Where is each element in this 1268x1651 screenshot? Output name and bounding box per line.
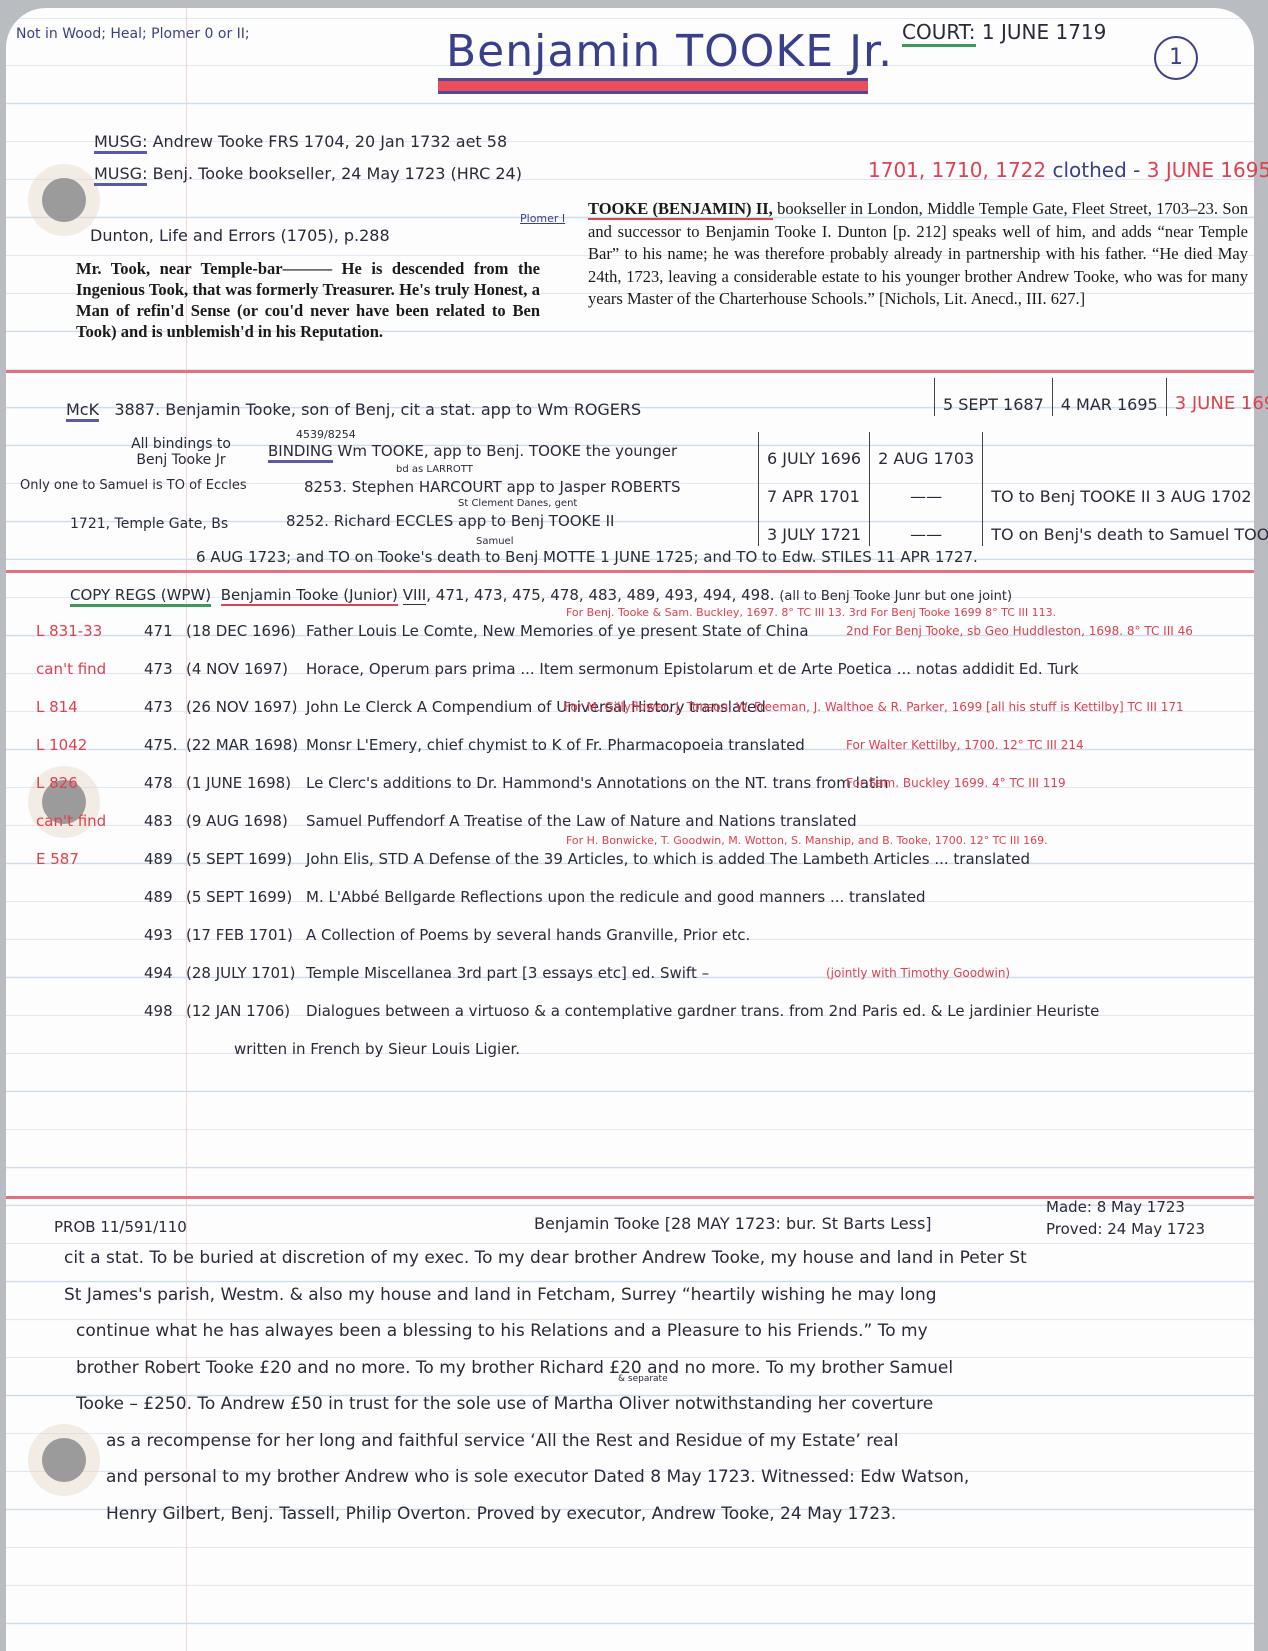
binder-hole bbox=[42, 1438, 86, 1482]
entry-text: Samuel Puffendorf A Treatise of the Law … bbox=[306, 812, 857, 830]
mck-side-note: Only one to Samuel is TO of Eccles bbox=[20, 478, 247, 493]
binding-ref: 4539/8254 bbox=[296, 428, 356, 441]
entry-text: A Collection of Poems by several hands G… bbox=[306, 926, 750, 944]
copy-regs-header: COPY REGS (WPW) Benjamin Tooke (Junior) … bbox=[70, 586, 1012, 604]
entry-text: Temple Miscellanea 3rd part [3 essays et… bbox=[306, 964, 709, 982]
entry-text: Monsr L'Emery, chief chymist to K of Fr.… bbox=[306, 736, 805, 754]
binder-hole bbox=[42, 178, 86, 222]
binding-row: BINDING Wm TOOKE, app to Benj. TOOKE the… bbox=[268, 442, 677, 460]
library-ref: E 587 bbox=[36, 850, 79, 868]
mck-binding-table: 6 JULY 16962 AUG 1703 7 APR 1701——TO to … bbox=[758, 432, 1268, 546]
will-line: Henry Gilbert, Benj. Tassell, Philip Ove… bbox=[106, 1504, 896, 1524]
entry-number: 489 bbox=[144, 850, 173, 868]
will-line: as a recompense for her long and faithfu… bbox=[106, 1431, 898, 1451]
will-line: brother Robert Tooke £20 and no more. To… bbox=[76, 1358, 953, 1378]
court-date: 1 JUNE 1719 bbox=[982, 20, 1106, 44]
will-line: continue what he has alwayes been a bles… bbox=[76, 1321, 928, 1341]
entry-text: Dialogues between a virtuoso & a contemp… bbox=[306, 1002, 1099, 1020]
musg-line: MUSG: Benj. Tooke bookseller, 24 May 172… bbox=[94, 164, 522, 183]
entry-text: written in French by Sieur Louis Ligier. bbox=[234, 1040, 520, 1058]
will-ref: PROB 11/591/110 bbox=[54, 1218, 187, 1236]
mck-continuation: 6 AUG 1723; and TO on Tooke's death to B… bbox=[196, 548, 978, 566]
library-ref: can't find bbox=[36, 660, 106, 678]
court-label: COURT: bbox=[902, 20, 976, 47]
red-annotation: (jointly with Timothy Goodwin) bbox=[826, 966, 1010, 980]
mck-side-note: 1721, Temple Gate, Bs bbox=[70, 516, 228, 532]
entry-date: (1 JUNE 1698) bbox=[186, 774, 291, 792]
dunton-citation: Dunton, Life and Errors (1705), p.288 bbox=[90, 226, 390, 245]
entry-date: (17 FEB 1701) bbox=[186, 926, 293, 944]
section-divider bbox=[6, 370, 1254, 373]
entry-text: Le Clerc's additions to Dr. Hammond's An… bbox=[306, 774, 889, 792]
entry-date: (4 NOV 1697) bbox=[186, 660, 288, 678]
red-annotation: For Walter Kettilby, 1700. 12° TC III 21… bbox=[846, 738, 1084, 752]
red-annotation: For Sam. Buckley 1699. 4° TC III 119 bbox=[846, 776, 1066, 790]
red-annotation: For M. Gillyflower, J. Tonson, W. Freema… bbox=[564, 700, 1184, 714]
red-annotation: For H. Bonwicke, T. Goodwin, M. Wotton, … bbox=[566, 834, 1048, 847]
library-ref: L 814 bbox=[36, 698, 78, 716]
notebook-page: Not in Wood; Heal; Plomer 0 or II; Benja… bbox=[6, 8, 1254, 1651]
entry-text: Father Louis Le Comte, New Memories of y… bbox=[306, 622, 809, 640]
library-ref: L 831-33 bbox=[36, 622, 102, 640]
will-line: cit a stat. To be buried at discretion o… bbox=[64, 1248, 1027, 1268]
will-heading: Benjamin Tooke [28 MAY 1723: bur. St Bar… bbox=[534, 1214, 932, 1233]
entry-date: (9 AUG 1698) bbox=[186, 812, 288, 830]
section-divider bbox=[6, 570, 1254, 573]
mck-side-note: All bindings to Benj Tooke Jr bbox=[96, 436, 266, 468]
page-title: Benjamin TOOKE Jr. bbox=[446, 26, 893, 77]
annotation: bd as LARROTT bbox=[396, 464, 473, 475]
will-dates: Made: 8 May 1723 Proved: 24 May 1723 bbox=[1046, 1196, 1205, 1240]
red-annotation: For Benj. Tooke & Sam. Buckley, 1697. 8°… bbox=[566, 606, 1056, 619]
entry-text: Horace, Operum pars prima ... Item sermo… bbox=[306, 660, 1079, 678]
entry-text: John Elis, STD A Defense of the 39 Artic… bbox=[306, 850, 1030, 868]
plomer-label: Plomer I bbox=[520, 212, 565, 225]
entry-date: (22 MAR 1698) bbox=[186, 736, 298, 754]
entry-number: 498 bbox=[144, 1002, 173, 1020]
mck-entry: McK 3887. Benjamin Tooke, son of Benj, c… bbox=[66, 400, 641, 419]
entry-number: 471 bbox=[144, 622, 173, 640]
sources-note: Not in Wood; Heal; Plomer 0 or II; bbox=[16, 26, 250, 42]
entry-number: 483 bbox=[144, 812, 173, 830]
will-line: and personal to my brother Andrew who is… bbox=[106, 1467, 969, 1487]
entry-date: (18 DEC 1696) bbox=[186, 622, 296, 640]
page-number: 1 bbox=[1154, 36, 1198, 80]
dunton-quote: Mr. Took, near Temple-bar——— He is desce… bbox=[76, 258, 540, 342]
annotation: St Clement Danes, gent bbox=[458, 498, 577, 509]
entry-number: 493 bbox=[144, 926, 173, 944]
mck-dates-table: 5 SEPT 16874 MAR 16953 JUNE 1695 bbox=[934, 378, 1268, 416]
plomer-entry: TOOKE (BENJAMIN) II, bookseller in Londo… bbox=[588, 198, 1248, 311]
library-ref: can't find bbox=[36, 812, 106, 830]
entry-date: (5 SEPT 1699) bbox=[186, 888, 292, 906]
entry-number: 475. bbox=[144, 736, 177, 754]
entry-text: M. L'Abbé Bellgarde Reflections upon the… bbox=[306, 888, 926, 906]
entry-number: 473 bbox=[144, 660, 173, 678]
entry-date: (26 NOV 1697) bbox=[186, 698, 298, 716]
library-ref: L 1042 bbox=[36, 736, 87, 754]
entry-number: 489 bbox=[144, 888, 173, 906]
entry-date: (28 JULY 1701) bbox=[186, 964, 295, 982]
entry-date: (12 JAN 1706) bbox=[186, 1002, 290, 1020]
will-line: St James's parish, Westm. & also my hous… bbox=[64, 1285, 937, 1305]
title-underline bbox=[438, 78, 868, 94]
red-annotation: 2nd For Benj Tooke, sb Geo Huddleston, 1… bbox=[846, 624, 1193, 638]
entry-date: (5 SEPT 1699) bbox=[186, 850, 292, 868]
livery-note: 1701, 1710, 1722 clothed - 3 JUNE 1695 bbox=[868, 158, 1268, 182]
entry-number: 494 bbox=[144, 964, 173, 982]
entry-number: 478 bbox=[144, 774, 173, 792]
will-line: Tooke – £250. To Andrew £50 in trust for… bbox=[76, 1394, 933, 1414]
entry-number: 473 bbox=[144, 698, 173, 716]
binding-row: 8253. Stephen HARCOURT app to Jasper ROB… bbox=[304, 478, 681, 496]
library-ref: L 826 bbox=[36, 774, 78, 792]
musg-line: MUSG: Andrew Tooke FRS 1704, 20 Jan 1732… bbox=[94, 132, 507, 151]
annotation: Samuel bbox=[476, 536, 514, 547]
binding-row: 8252. Richard ECCLES app to Benj TOOKE I… bbox=[286, 512, 614, 530]
